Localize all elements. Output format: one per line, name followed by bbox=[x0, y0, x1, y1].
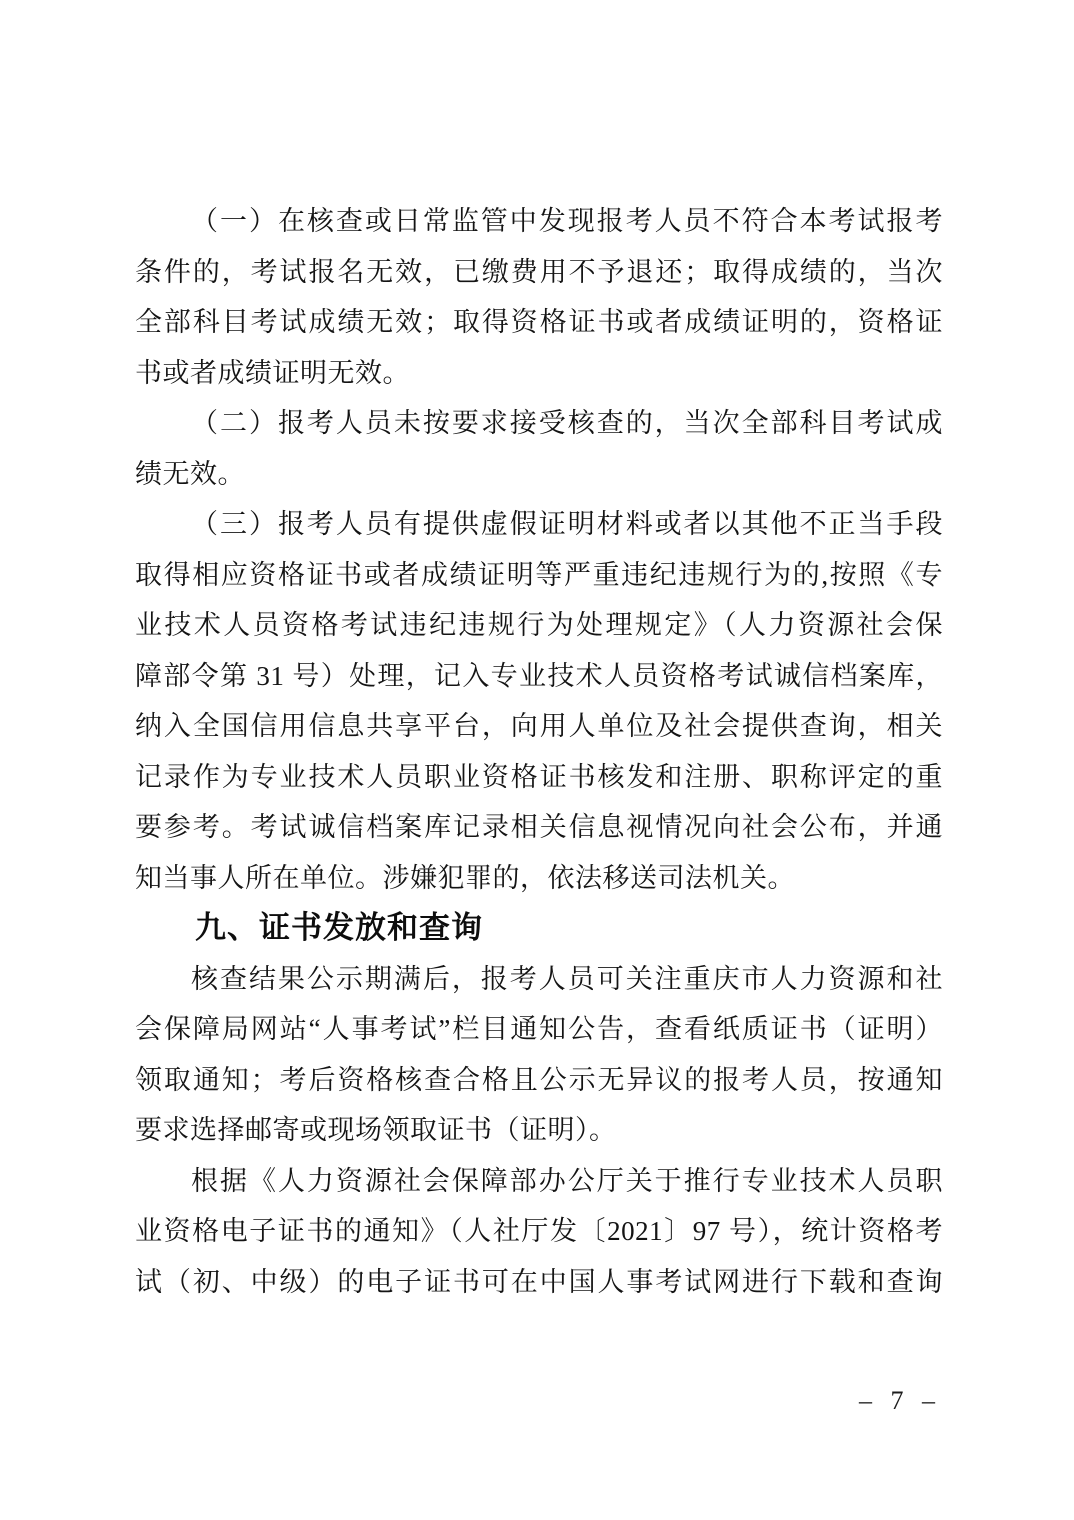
text-line: 取得相应资格证书或者成绩证明等严重违纪违规行为的,按照《专 bbox=[135, 550, 943, 601]
text-line: 试（初、中级）的电子证书可在中国人事考试网进行下载和查询 bbox=[135, 1257, 943, 1308]
paragraph-certificate-pickup: 核查结果公示期满后，报考人员可关注重庆市人力资源和社 会保障局网站“人事考试”栏… bbox=[135, 954, 943, 1156]
text-line: 记录作为专业技术人员职业资格证书核发和注册、职称评定的重 bbox=[135, 752, 943, 803]
text-line: 绩无效。 bbox=[135, 449, 943, 500]
text-line: 要参考。考试诚信档案库记录相关信息视情况向社会公布，并通 bbox=[135, 802, 943, 853]
paragraph-clause-3: （三）报考人员有提供虚假证明材料或者以其他不正当手段 取得相应资格证书或者成绩证… bbox=[135, 499, 943, 903]
paragraph-clause-1: （一）在核查或日常监管中发现报考人员不符合本考试报考 条件的，考试报名无效，已缴… bbox=[135, 196, 943, 398]
paragraph-electronic-certificate: 根据《人力资源社会保障部办公厅关于推行专业技术人员职 业资格电子证书的通知》（人… bbox=[135, 1156, 943, 1308]
text-line: 全部科目考试成绩无效；取得资格证书或者成绩证明的，资格证 bbox=[135, 297, 943, 348]
text-line: （三）报考人员有提供虚假证明材料或者以其他不正当手段 bbox=[135, 499, 943, 550]
text-line: 会保障局网站“人事考试”栏目通知公告，查看纸质证书（证明） bbox=[135, 1004, 943, 1055]
document-body: （一）在核查或日常监管中发现报考人员不符合本考试报考 条件的，考试报名无效，已缴… bbox=[135, 196, 943, 1307]
text-line: 障部令第 31 号）处理，记入专业技术人员资格考试诚信档案库， bbox=[135, 651, 943, 702]
text-line: 业资格电子证书的通知》（人社厅发〔2021〕97 号），统计资格考 bbox=[135, 1206, 943, 1257]
text-line: 书或者成绩证明无效。 bbox=[135, 348, 943, 399]
text-line: （二）报考人员未按要求接受核查的，当次全部科目考试成 bbox=[135, 398, 943, 449]
text-line: 知当事人所在单位。涉嫌犯罪的，依法移送司法机关。 bbox=[135, 853, 943, 904]
text-line: 纳入全国信用信息共享平台，向用人单位及社会提供查询，相关 bbox=[135, 701, 943, 752]
section-heading: 九、证书发放和查询 bbox=[135, 903, 943, 954]
text-line: 条件的，考试报名无效，已缴费用不予退还；取得成绩的，当次 bbox=[135, 247, 943, 298]
text-line: 要求选择邮寄或现场领取证书（证明）。 bbox=[135, 1105, 943, 1156]
text-line: 业技术人员资格考试违纪违规行为处理规定》（人力资源社会保 bbox=[135, 600, 943, 651]
text-line: 领取通知；考后资格核查合格且公示无异议的报考人员，按通知 bbox=[135, 1055, 943, 1106]
page-number: – 7 – bbox=[859, 1386, 938, 1416]
text-line: 根据《人力资源社会保障部办公厅关于推行专业技术人员职 bbox=[135, 1156, 943, 1207]
paragraph-clause-2: （二）报考人员未按要求接受核查的，当次全部科目考试成 绩无效。 bbox=[135, 398, 943, 499]
text-line: （一）在核查或日常监管中发现报考人员不符合本考试报考 bbox=[135, 196, 943, 247]
text-line: 核查结果公示期满后，报考人员可关注重庆市人力资源和社 bbox=[135, 954, 943, 1005]
document-page: （一）在核查或日常监管中发现报考人员不符合本考试报考 条件的，考试报名无效，已缴… bbox=[0, 0, 1074, 1520]
